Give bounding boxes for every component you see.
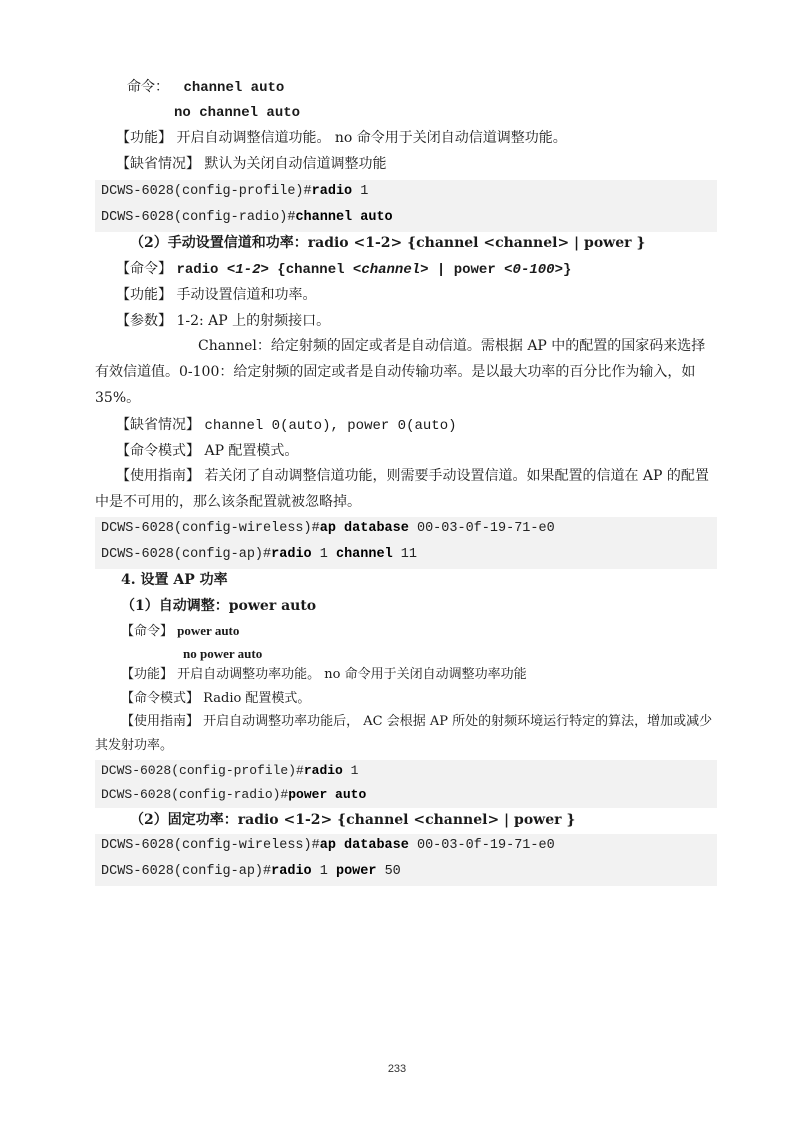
code-prompt: DCWS-6028(config-radio)# bbox=[101, 787, 288, 802]
command-label: 命令： bbox=[127, 79, 169, 95]
command-syntax: radio <1-2> {channel <channel> | power <… bbox=[176, 262, 571, 278]
command-line: 【命令】 radio <1-2> {channel <channel> | po… bbox=[116, 260, 571, 279]
mode-text: Radio 配置模式。 bbox=[203, 691, 310, 706]
function-text: 开启自动调整信道功能。 no 命令用于关闭自动信道调整功能。 bbox=[176, 130, 566, 146]
parameter-text: 1-2: AP 上的射频接口。 bbox=[176, 313, 330, 329]
code-block: DCWS-6028(config-profile)#radio 1 DCWS-6… bbox=[95, 760, 717, 808]
code-line: DCWS-6028(config-radio)#channel auto bbox=[101, 209, 393, 227]
function-line: 【功能】 开启自动调整信道功能。 no 命令用于关闭自动信道调整功能。 bbox=[116, 129, 567, 147]
function-line: 【功能】 手动设置信道和功率。 bbox=[116, 286, 316, 304]
command-label: 【命令】 bbox=[121, 624, 173, 639]
default-line: 【缺省情况】 默认为关闭自动信道调整功能 bbox=[116, 155, 386, 173]
guide-paragraph: 【使用指南】 开启自动调整功率功能后， AC 会根据 AP 所处的射频环境运行特… bbox=[95, 710, 717, 758]
default-label: 【缺省情况】 bbox=[116, 417, 200, 433]
code-arg: 1 bbox=[312, 547, 336, 562]
code-line: DCWS-6028(config-ap)#radio 1 channel 11 bbox=[101, 546, 417, 564]
code-prompt: DCWS-6028(config-wireless)# bbox=[101, 838, 320, 853]
function-label: 【功能】 bbox=[116, 130, 172, 146]
function-label: 【功能】 bbox=[116, 287, 172, 303]
code-block: DCWS-6028(config-wireless)#ap database 0… bbox=[95, 834, 717, 886]
code-keyword: channel bbox=[336, 547, 393, 562]
command-line: 【命令】 power auto bbox=[121, 622, 239, 641]
code-prompt: DCWS-6028(config-profile)# bbox=[101, 763, 304, 778]
parameter-detail: Channel：给定射频的固定或者是自动信道。需根据 AP 中的配置的国家码来选… bbox=[95, 333, 717, 411]
subsection-heading: （2）手动设置信道和功率：radio <1-2> {channel <chann… bbox=[130, 234, 645, 252]
subsection-heading: （1）自动调整：power auto bbox=[121, 597, 316, 615]
code-keyword: radio bbox=[271, 547, 312, 562]
code-line: DCWS-6028(config-wireless)#ap database 0… bbox=[101, 837, 555, 855]
code-line: DCWS-6028(config-profile)#radio 1 bbox=[101, 762, 358, 780]
command-line: 命令： channel auto bbox=[127, 78, 284, 97]
command-no-text: no channel auto bbox=[174, 104, 300, 122]
parameter-label: 【参数】 bbox=[116, 313, 172, 329]
command-text: power auto bbox=[177, 623, 239, 638]
code-arg: 1 bbox=[343, 763, 359, 778]
command-label: 【命令】 bbox=[116, 261, 172, 277]
code-keyword: radio bbox=[304, 763, 343, 778]
code-arg: 50 bbox=[376, 864, 400, 879]
default-text: channel 0(auto), power 0(auto) bbox=[204, 418, 456, 434]
code-prompt: DCWS-6028(config-wireless)# bbox=[101, 521, 320, 536]
subsection-heading: （2）固定功率：radio <1-2> {channel <channel> |… bbox=[130, 811, 575, 829]
code-line: DCWS-6028(config-radio)#power auto bbox=[101, 786, 366, 804]
mode-label: 【命令模式】 bbox=[116, 443, 200, 459]
code-prompt: DCWS-6028(config-profile)# bbox=[101, 184, 312, 199]
code-keyword: channel auto bbox=[295, 210, 392, 225]
code-keyword: power bbox=[336, 864, 377, 879]
code-line: DCWS-6028(config-profile)#radio 1 bbox=[101, 183, 368, 201]
code-arg: 1 bbox=[312, 864, 336, 879]
function-label: 【功能】 bbox=[121, 667, 173, 682]
section-heading: 4. 设置 AP 功率 bbox=[121, 571, 228, 589]
code-arg: 00-03-0f-19-71-e0 bbox=[409, 521, 555, 536]
mode-line: 【命令模式】 AP 配置模式。 bbox=[116, 442, 298, 460]
code-prompt: DCWS-6028(config-ap)# bbox=[101, 864, 271, 879]
function-line: 【功能】 开启自动调整功率功能。 no 命令用于关闭自动调整功率功能 bbox=[121, 666, 527, 684]
code-prompt: DCWS-6028(config-ap)# bbox=[101, 547, 271, 562]
mode-line: 【命令模式】 Radio 配置模式。 bbox=[121, 690, 310, 708]
code-keyword: radio bbox=[271, 864, 312, 879]
mode-text: AP 配置模式。 bbox=[204, 443, 298, 459]
guide-label: 【使用指南】 bbox=[121, 714, 199, 729]
mode-label: 【命令模式】 bbox=[121, 691, 199, 706]
code-arg: 1 bbox=[352, 184, 368, 199]
command-no-text: no power auto bbox=[183, 645, 262, 663]
page-number: 233 bbox=[0, 1063, 794, 1075]
code-arg: 11 bbox=[393, 547, 417, 562]
parameter-line: 【参数】 1-2: AP 上的射频接口。 bbox=[116, 312, 330, 330]
guide-label: 【使用指南】 bbox=[116, 468, 200, 484]
code-keyword: power auto bbox=[288, 787, 366, 802]
code-prompt: DCWS-6028(config-radio)# bbox=[101, 210, 295, 225]
code-arg: 00-03-0f-19-71-e0 bbox=[409, 838, 555, 853]
code-block: DCWS-6028(config-profile)#radio 1 DCWS-6… bbox=[95, 180, 717, 232]
code-line: DCWS-6028(config-wireless)#ap database 0… bbox=[101, 520, 555, 538]
default-label: 【缺省情况】 bbox=[116, 156, 200, 172]
function-text: 开启自动调整功率功能。 no 命令用于关闭自动调整功率功能 bbox=[177, 667, 526, 682]
command-text: channel auto bbox=[183, 80, 284, 96]
guide-paragraph: 【使用指南】 若关闭了自动调整信道功能，则需要手动设置信道。如果配置的信道在 A… bbox=[95, 463, 717, 515]
code-keyword: ap database bbox=[320, 838, 409, 853]
function-text: 手动设置信道和功率。 bbox=[176, 287, 316, 303]
default-text: 默认为关闭自动信道调整功能 bbox=[204, 156, 386, 172]
default-line: 【缺省情况】 channel 0(auto), power 0(auto) bbox=[116, 416, 457, 435]
code-keyword: ap database bbox=[320, 521, 409, 536]
code-block: DCWS-6028(config-wireless)#ap database 0… bbox=[95, 517, 717, 569]
code-line: DCWS-6028(config-ap)#radio 1 power 50 bbox=[101, 863, 401, 881]
code-keyword: radio bbox=[312, 184, 353, 199]
